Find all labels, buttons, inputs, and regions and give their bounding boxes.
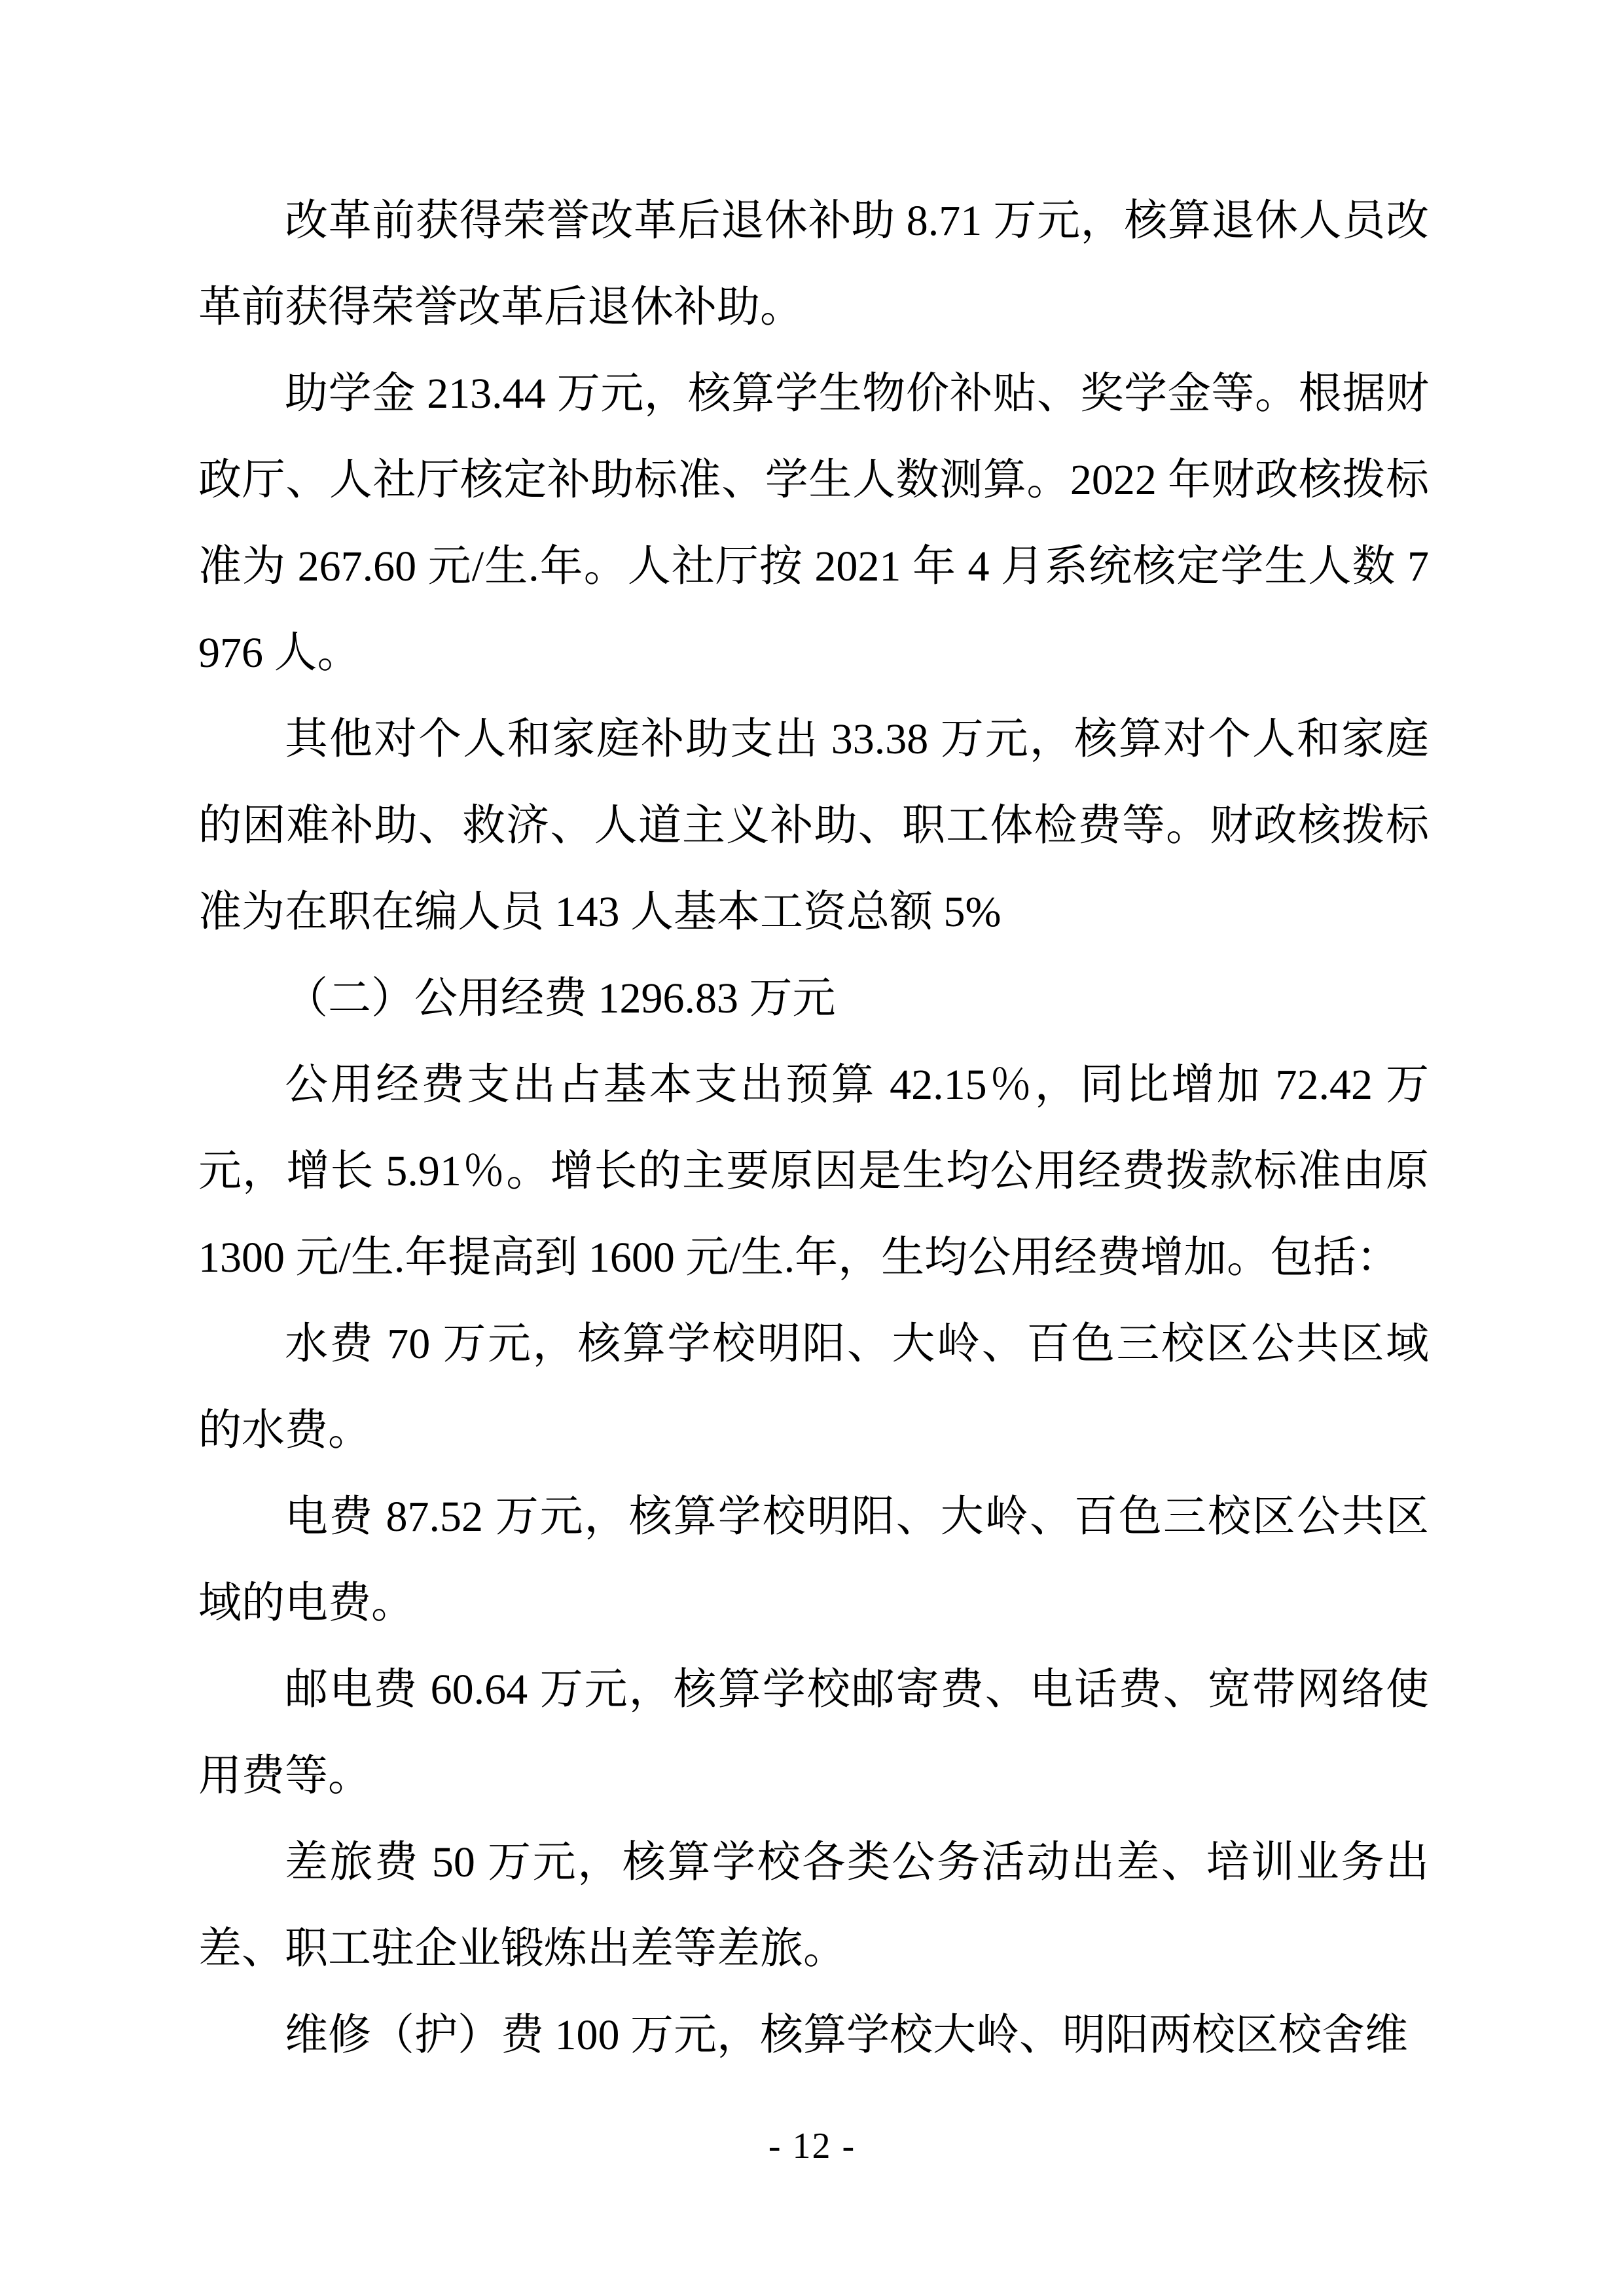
page-number: - 12 - (768, 2126, 856, 2166)
paragraph: 助学金 213.44 万元，核算学生物价补贴、奖学金等。根据财政厅、人社厅核定补… (198, 351, 1429, 696)
paragraph: 维修（护）费 100 万元，核算学校大岭、明阳两校区校舍维 (198, 1992, 1429, 2079)
paragraph: 改革前获得荣誉改革后退休补助 8.71 万元，核算退休人员改革前获得荣誉改革后退… (198, 178, 1429, 351)
paragraph: 水费 70 万元，核算学校明阳、大岭、百色三校区公共区域的水费。 (198, 1301, 1429, 1474)
document-body: 改革前获得荣誉改革后退休补助 8.71 万元，核算退休人员改革前获得荣誉改革后退… (198, 178, 1429, 2079)
paragraph: 公用经费支出占基本支出预算 42.15％，同比增加 72.42 万元，增长 5.… (198, 1042, 1429, 1301)
paragraph: 邮电费 60.64 万元，核算学校邮寄费、电话费、宽带网络使用费等。 (198, 1647, 1429, 1820)
paragraph: 其他对个人和家庭补助支出 33.38 万元，核算对个人和家庭的困难补助、救济、人… (198, 696, 1429, 956)
document-page: 改革前获得荣誉改革后退休补助 8.71 万元，核算退休人员改革前获得荣誉改革后退… (0, 0, 1624, 2296)
paragraph: （二）公用经费 1296.83 万元 (198, 956, 1429, 1042)
page-footer: - 12 - (0, 2125, 1624, 2168)
paragraph: 差旅费 50 万元，核算学校各类公务活动出差、培训业务出差、职工驻企业锻炼出差等… (198, 1820, 1429, 1992)
paragraph: 电费 87.52 万元，核算学校明阳、大岭、百色三校区公共区域的电费。 (198, 1474, 1429, 1647)
